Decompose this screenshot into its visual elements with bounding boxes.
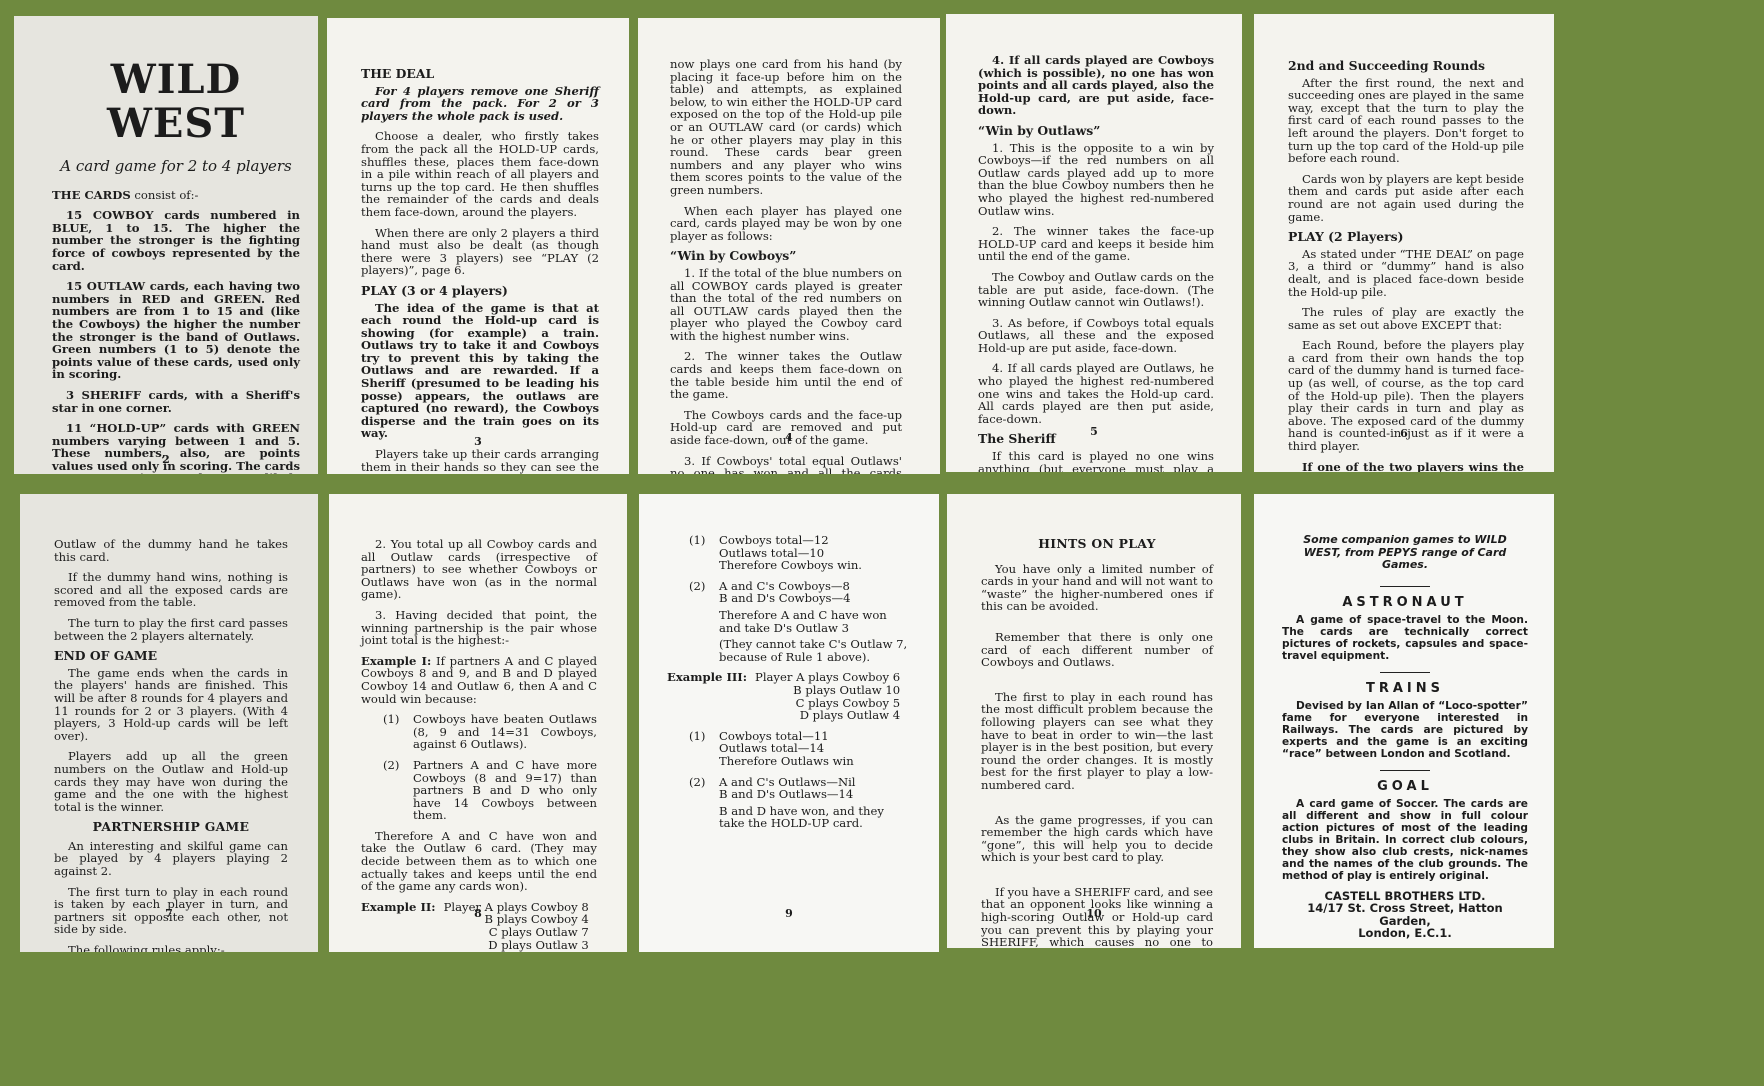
page-number: 2 xyxy=(14,454,318,467)
cards-heading: THE CARDS xyxy=(52,188,131,202)
result-item: (2) A and C's Cowboys—8 B and D's Cowboy… xyxy=(689,580,909,664)
game-goal-text: A card game of Soccer. The cards are all… xyxy=(1282,798,1528,882)
hint: Remember that there is only one card of … xyxy=(981,631,1213,669)
page-6: 2nd and Succeeding Rounds After the firs… xyxy=(1254,14,1554,472)
companion-intro: Some companion games to WILD WEST, from … xyxy=(1282,534,1528,572)
game-goal-title: GOAL xyxy=(1282,781,1528,794)
page-number: 6 xyxy=(1254,428,1554,441)
paragraph: As stated under “THE DEAL” on page 3, a … xyxy=(1288,248,1524,298)
partnership-heading: PARTNERSHIP GAME xyxy=(54,821,288,834)
rule: The Cowboy and Outlaw cards on the table… xyxy=(978,271,1214,309)
play-heading: PLAY (3 or 4 players) xyxy=(361,285,599,298)
deal-note: For 4 players remove one Sheriff card fr… xyxy=(361,85,599,123)
paragraph: Players take up their cards arranging th… xyxy=(361,448,599,474)
hints-heading: HINTS ON PLAY xyxy=(981,538,1213,551)
win-cowboys-heading: “Win by Cowboys” xyxy=(670,250,902,263)
deal-heading: THE DEAL xyxy=(361,68,599,81)
paragraph: If the dummy hand wins, nothing is score… xyxy=(54,571,288,609)
paragraph: The turn to play the first card passes b… xyxy=(54,617,288,642)
divider xyxy=(1380,586,1430,588)
page-number: 3 xyxy=(327,436,629,449)
paragraph: 15 COWBOY cards numbered in BLUE, 1 to 1… xyxy=(52,209,300,272)
page-8: 2. You total up all Cowboy cards and all… xyxy=(329,494,627,952)
page-10: HINTS ON PLAY You have only a limited nu… xyxy=(947,494,1241,948)
rule: 2. The winner takes the Outlaw cards and… xyxy=(670,350,902,400)
paragraph: The rules of play are exactly the same a… xyxy=(1288,306,1524,331)
result-item: (1) Cowboys total—12 Outlaws total—10 Th… xyxy=(689,534,909,572)
page-number: 5 xyxy=(946,426,1242,439)
paragraph: Outlaw of the dummy hand he takes this c… xyxy=(54,538,288,563)
game-title: WILD WEST xyxy=(52,58,300,146)
page-companion-games: Some companion games to WILD WEST, from … xyxy=(1254,494,1554,948)
result-item: (2) A and C's Outlaws—Nil B and D's Outl… xyxy=(689,776,909,830)
rule: 4. If all cards played are Outlaws, he w… xyxy=(978,362,1214,425)
hint: As the game progresses, if you can remem… xyxy=(981,814,1213,864)
page-number: 4 xyxy=(638,432,940,445)
divider xyxy=(1380,770,1430,772)
play2-heading: PLAY (2 Players) xyxy=(1288,231,1524,244)
example-1: Example I: If partners A and C played Co… xyxy=(361,655,597,705)
paragraph: If one of the two players wins the round… xyxy=(1288,461,1524,472)
paragraph: Choose a dealer, who firstly takes from … xyxy=(361,130,599,218)
paragraph: 2. You total up all Cowboy cards and all… xyxy=(361,538,597,601)
paragraph: After the first round, the next and succ… xyxy=(1288,77,1524,165)
paragraph: When there are only 2 players a third ha… xyxy=(361,227,599,277)
page-number: 8 xyxy=(329,908,627,921)
rule: 3. As before, if Cowboys total equals Ou… xyxy=(978,317,1214,355)
paragraph: The game ends when the cards in the play… xyxy=(54,667,288,743)
paragraph: 3. Having decided that point, the winnin… xyxy=(361,609,597,647)
paragraph: An interesting and skilful game can be p… xyxy=(54,840,288,878)
paragraph: 3 SHERIFF cards, with a Sheriff's star i… xyxy=(52,389,300,414)
rounds-heading: 2nd and Succeeding Rounds xyxy=(1288,60,1524,73)
publisher-block: CASTELL BROTHERS LTD. 14/17 St. Cross St… xyxy=(1282,890,1528,948)
paragraph: Cards won by players are kept beside the… xyxy=(1288,173,1524,223)
page-7: Outlaw of the dummy hand he takes this c… xyxy=(20,494,318,952)
page-4: now plays one card from his hand (by pla… xyxy=(638,18,940,474)
end-game-heading: END OF GAME xyxy=(54,650,288,663)
paragraph: The following rules apply:- xyxy=(54,944,288,952)
hint: You have only a limited number of cards … xyxy=(981,563,1213,613)
page-number: 9 xyxy=(639,908,939,921)
page-3: THE DEAL For 4 players remove one Sherif… xyxy=(327,18,629,474)
publisher-address: 14/17 St. Cross Street, Hatton Garden, xyxy=(1282,902,1528,927)
paragraph: When each player has played one card, ca… xyxy=(670,205,902,243)
paragraph: Therefore A and C have won and take the … xyxy=(361,830,597,893)
result-item: (1) Cowboys total—11 Outlaws total—14 Th… xyxy=(689,730,909,768)
rule: 4. If all cards played are Cowboys (whic… xyxy=(978,54,1214,117)
page-number: 10 xyxy=(947,908,1241,921)
game-trains-text: Devised by Ian Allan of “Loco-spotter” f… xyxy=(1282,700,1528,760)
game-trains-title: TRAINS xyxy=(1282,683,1528,696)
paragraph: Players add up all the green numbers on … xyxy=(54,750,288,813)
example-1-item: (1)Cowboys have beaten Outlaws (8, 9 and… xyxy=(383,713,597,751)
publisher-city: London, E.C.1. xyxy=(1282,927,1528,940)
rule: 2. The winner takes the face-up HOLD-UP … xyxy=(978,225,1214,263)
win-outlaws-heading: “Win by Outlaws” xyxy=(978,125,1214,138)
divider xyxy=(1380,672,1430,674)
game-astronaut-text: A game of space-travel to the Moon. The … xyxy=(1282,614,1528,662)
paragraph: 15 OUTLAW cards, each having two numbers… xyxy=(52,280,300,381)
page-number: 7 xyxy=(20,908,318,921)
page-9: (1) Cowboys total—12 Outlaws total—10 Th… xyxy=(639,494,939,952)
game-astronaut-title: ASTRONAUT xyxy=(1282,597,1528,610)
page-2: WILD WEST A card game for 2 to 4 players… xyxy=(14,16,318,474)
rule: 1. This is the opposite to a win by Cowb… xyxy=(978,142,1214,218)
example-1-item: (2)Partners A and C have more Cowboys (8… xyxy=(383,759,597,822)
cards-heading-line: THE CARDS consist of:- xyxy=(52,189,300,202)
rule: 1. If the total of the blue numbers on a… xyxy=(670,267,902,343)
paragraph: The idea of the game is that at each rou… xyxy=(361,302,599,441)
example-3: Example III: Player A plays Cowboy 6 B p… xyxy=(667,671,909,721)
hint: The first to play in each round has the … xyxy=(981,691,1213,792)
paragraph: now plays one card from his hand (by pla… xyxy=(670,58,902,197)
game-subtitle: A card game for 2 to 4 players xyxy=(52,160,300,173)
page-5: 4. If all cards played are Cowboys (whic… xyxy=(946,14,1242,472)
paragraph: If this card is played no one wins anyth… xyxy=(978,450,1214,472)
rule: 3. If Cowboys' total equal Outlaws' no o… xyxy=(670,455,902,474)
